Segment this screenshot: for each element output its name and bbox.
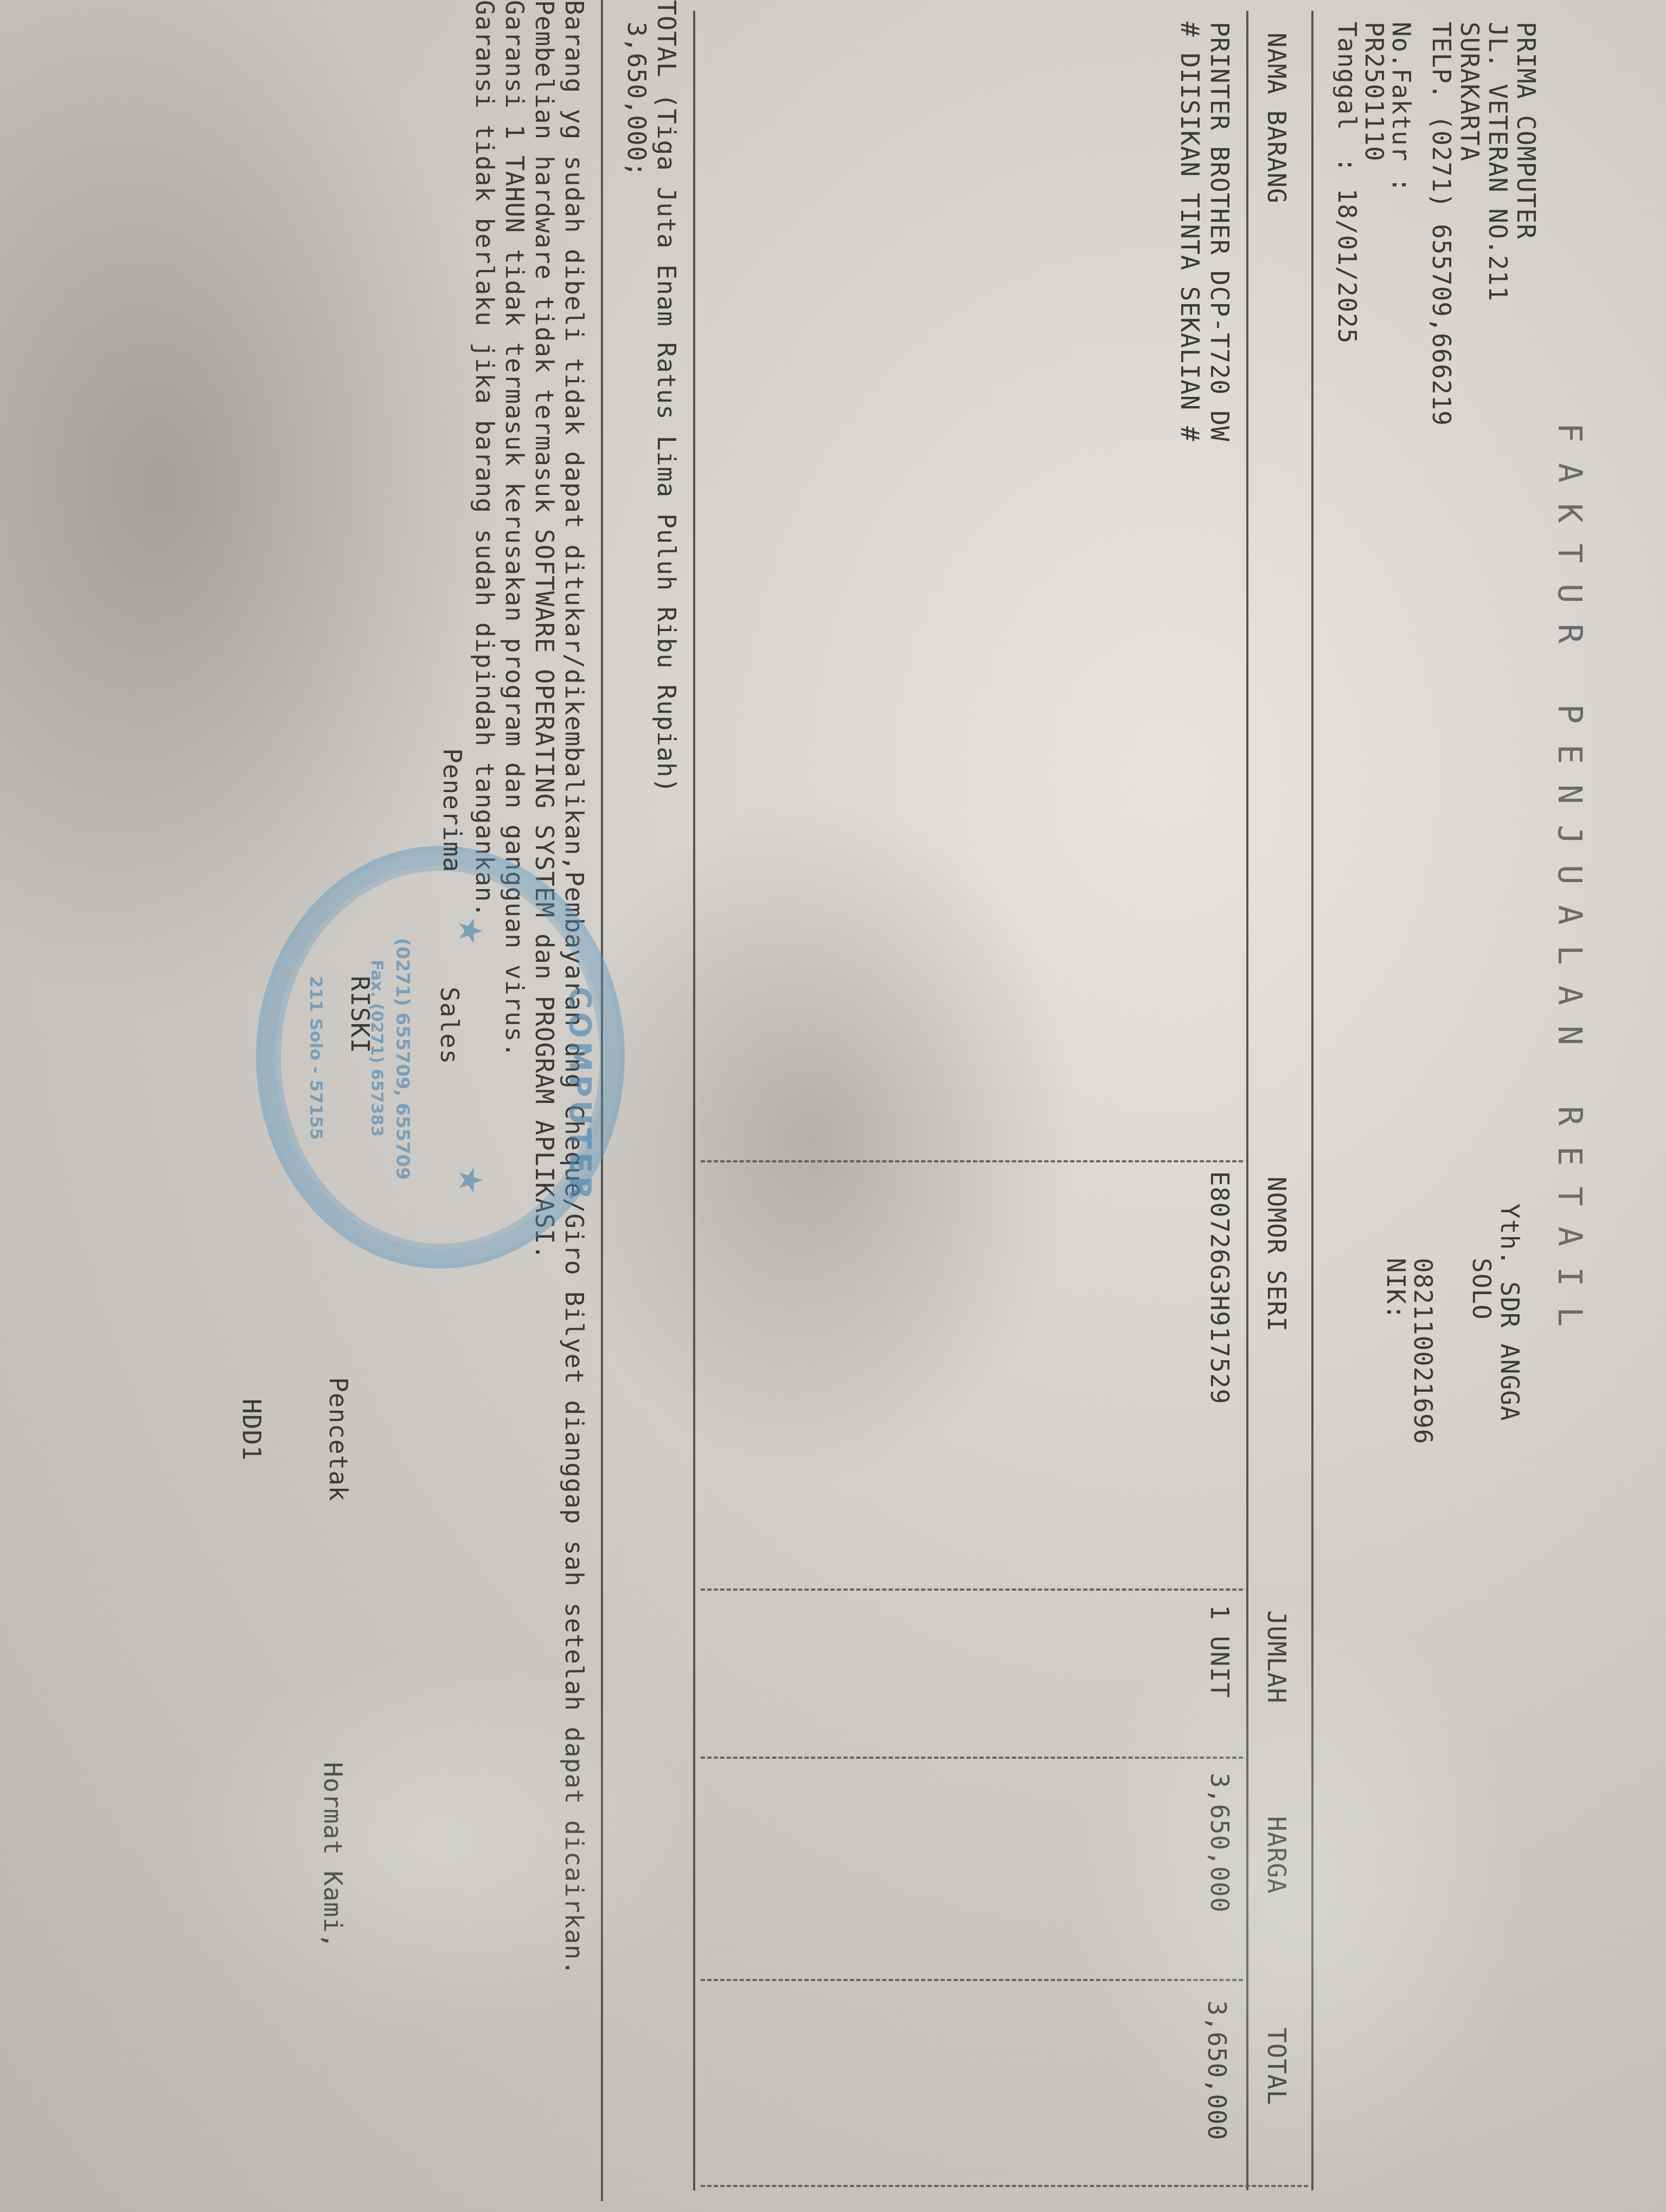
col-header-qty: JUMLAH [1261, 1610, 1292, 1703]
table-bottom-rule [693, 11, 695, 2190]
item-note: # DIISIKAN TINTA SEKALIAN # [1175, 22, 1205, 442]
terms-line: Garansi tidak berlaku jika barang sudah … [470, 0, 500, 918]
sales-name: RISKI [345, 976, 375, 1053]
col-header-price: HARGA [1261, 1816, 1292, 1894]
item-price: 3,650,000 [1204, 1773, 1235, 1913]
customer-name: Yth. SDR ANGGA [1495, 1204, 1525, 1422]
col-header-name: NAMA BARANG [1261, 33, 1292, 204]
store-name: PRIMA COMPUTER [1511, 22, 1541, 240]
col-header-total: TOTAL [1261, 2028, 1292, 2105]
date-label: Tanggal [1332, 22, 1362, 131]
total-amount: 3,650,000; [621, 22, 652, 177]
item-qty: 1 UNIT [1204, 1605, 1235, 1698]
invoice-number: PR2501110 [1359, 22, 1389, 162]
invoice-document: FAKTUR PENJUALAN RETAIL PRIMA COMPUTER J… [0, 0, 1666, 2212]
printer-label: Pencetak [323, 1377, 354, 1502]
column-divider [701, 1589, 1243, 1591]
column-divider [701, 1979, 1243, 1981]
store-city: SURAKARTA [1454, 22, 1485, 162]
customer-city: SOLO [1466, 1258, 1497, 1320]
total-in-words: TOTAL (Tiga Juta Enam Ratus Lima Puluh R… [651, 0, 682, 793]
table-header-rule [1246, 11, 1248, 2190]
printer-name: HDD1 [236, 1399, 267, 1461]
sales-label: Sales [434, 987, 465, 1064]
col-header-serial: NOMOR SERI [1261, 1176, 1292, 1332]
column-divider [701, 1160, 1243, 1162]
customer-phone: 082110021696 [1408, 1258, 1438, 1444]
invoice-number-label: No.Faktur : [1386, 22, 1417, 193]
invoice-title: FAKTUR PENJUALAN RETAIL [1554, 423, 1585, 1347]
stamp-phone: (0271) 655709, 655709 [392, 938, 413, 1180]
store-phone: TELP. (0271) 655709,666219 [1426, 22, 1457, 426]
column-divider [701, 2185, 1308, 2187]
star-icon: ★ [451, 916, 489, 946]
receiver-label: Penerima [437, 748, 467, 873]
regards-label: Hormat Kami, [318, 1762, 348, 1949]
table-top-rule [1311, 11, 1313, 2190]
column-divider [701, 1757, 1243, 1759]
item-serial: E80726G3H917529 [1204, 1171, 1235, 1404]
item-name: PRINTER BROTHER DCP-T720 DW [1204, 22, 1235, 442]
stamp-text: COMPUTER [562, 987, 598, 1203]
stamp-address: 211 Solo - 57155 [306, 976, 326, 1140]
item-total: 3,650,000 [1202, 2001, 1232, 2140]
star-icon: ★ [451, 1166, 489, 1195]
store-address: JL. VETERAN NO.211 [1483, 22, 1513, 302]
customer-nik-label: NIK: [1381, 1258, 1411, 1320]
invoice-date: : 18/01/2025 [1332, 157, 1362, 344]
